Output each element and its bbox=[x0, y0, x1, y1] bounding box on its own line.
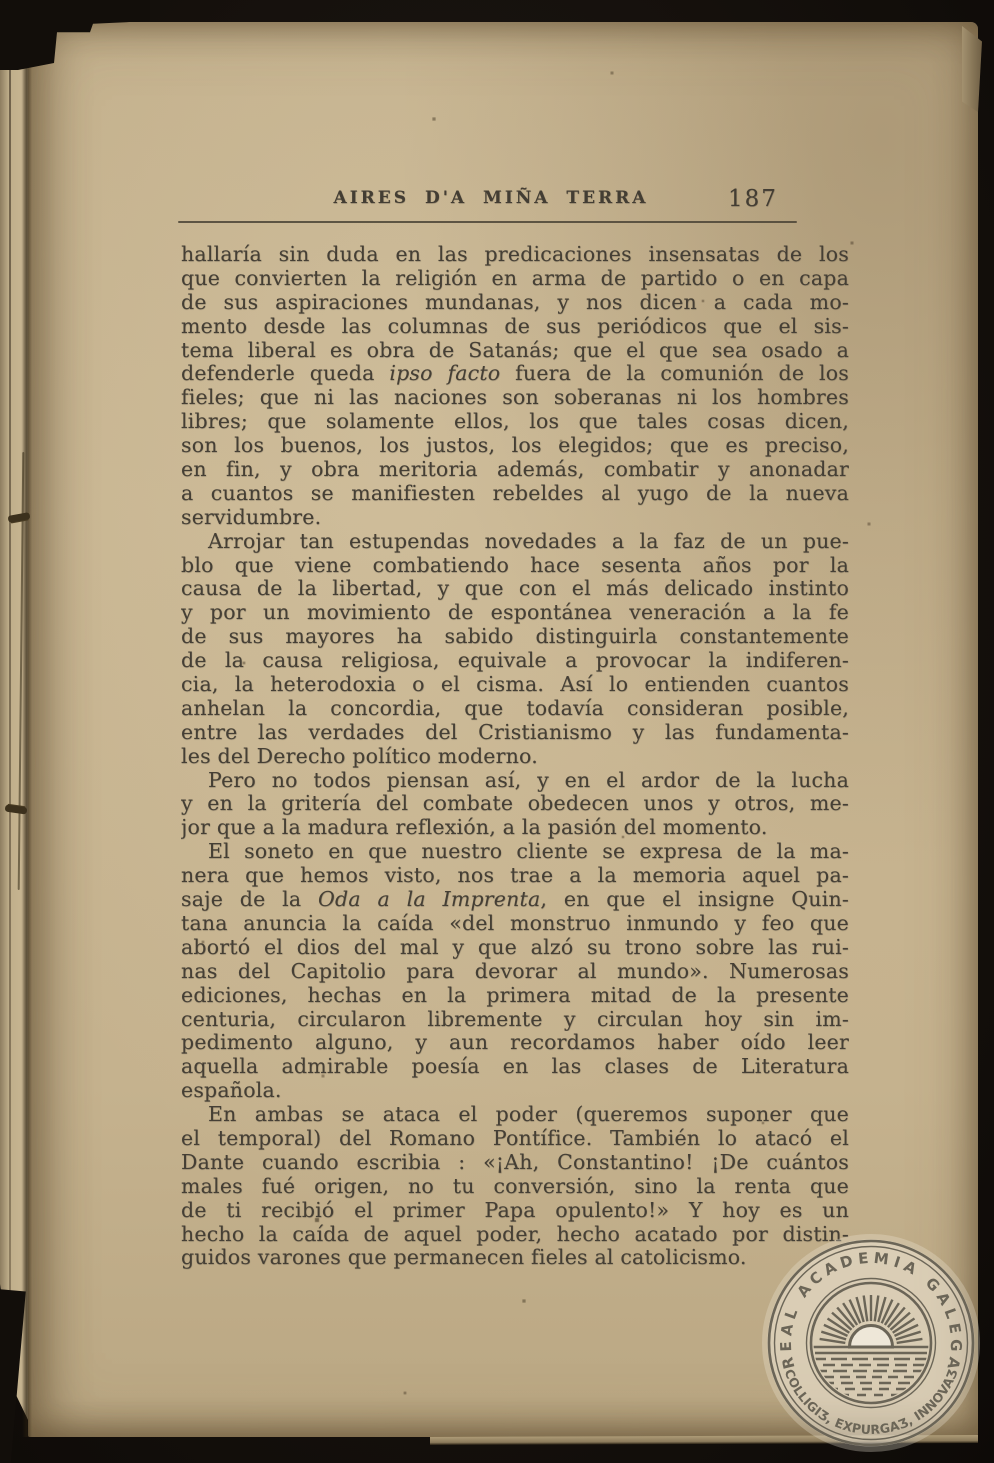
text-line: ediciones, hechas en la primera mitad de… bbox=[181, 984, 849, 1008]
text-line: males fué origen, no tu conversión, sino… bbox=[181, 1175, 849, 1199]
text-line: Arrojar tan estupendas novedades a la fa… bbox=[181, 530, 849, 554]
text-line: En ambas se ataca el poder (queremos sup… bbox=[181, 1103, 849, 1127]
text-line: entre las verdades del Cristianismo y la… bbox=[181, 721, 849, 745]
text-line: Dante cuando escribia : «¡Ah, Constantin… bbox=[181, 1151, 849, 1175]
text-line: abortó el dios del mal y que alzó su tro… bbox=[181, 936, 849, 960]
text-line: en fin, y obra meritoria además, combati… bbox=[181, 458, 849, 482]
text-line: de ti recibió el primer Papa opulento!» … bbox=[181, 1199, 849, 1223]
text-line: que convierten la religión en arma de pa… bbox=[181, 267, 849, 291]
text-line: blo que viene combatiendo hace sesenta a… bbox=[181, 554, 849, 578]
page-number: 187 bbox=[728, 186, 778, 212]
text-line: mento desde las columnas de sus periódic… bbox=[181, 315, 849, 339]
under-sheet-edge-right bbox=[962, 26, 982, 112]
text-line: de la causa religiosa, equivale a provoc… bbox=[181, 649, 849, 673]
header-rule bbox=[178, 221, 797, 223]
text-line: el temporal) del Romano Pontífice. Tambi… bbox=[181, 1127, 849, 1151]
text-line: nera que hemos visto, nos trae a la memo… bbox=[181, 864, 849, 888]
text-line: Pero no todos piensan así, y en el ardor… bbox=[181, 769, 849, 793]
running-header-title: AIRES D'A MIÑA TERRA bbox=[334, 188, 649, 208]
text-line: nas del Capitolio para devorar al mundo»… bbox=[181, 960, 849, 984]
text-line: jor que a la madura reflexión, a la pasi… bbox=[181, 816, 849, 840]
text-line: servidumbre. bbox=[181, 506, 849, 530]
text-line: hecho la caída de aquel poder, hecho aca… bbox=[181, 1223, 849, 1247]
scanned-book-page-photo: AIRES D'A MIÑA TERRA 187 hallaría sin du… bbox=[0, 0, 994, 1463]
text-line: aquella admirable poesía en las clases d… bbox=[181, 1055, 849, 1079]
text-line: hallaría sin duda en las predicaciones i… bbox=[181, 243, 849, 267]
text-line: fieles; que ni las naciones son soberana… bbox=[181, 386, 849, 410]
text-line: tana anuncia la caída «del monstruo inmu… bbox=[181, 912, 849, 936]
text-line: española. bbox=[181, 1079, 849, 1103]
text-line: cia, la heterodoxia o el cisma. Así lo e… bbox=[181, 673, 849, 697]
text-line: de sus aspiraciones mundanas, y nos dice… bbox=[181, 291, 849, 315]
text-line: defenderle queda ipso facto fuera de la … bbox=[181, 362, 849, 386]
text-line: saje de la Oda a la Imprenta, en que el … bbox=[181, 888, 849, 912]
paper-specks bbox=[0, 0, 2, 2]
text-line: de sus mayores ha sabido distinguirla co… bbox=[181, 625, 849, 649]
text-line: pedimento alguno, y aun recordamos haber… bbox=[181, 1031, 849, 1055]
text-line: y en la gritería del combate obedecen un… bbox=[181, 792, 849, 816]
body-text: hallaría sin duda en las predicaciones i… bbox=[181, 243, 849, 1270]
stamp-seal: REAL ACADEMIA GALEGA COLLIGIƷ, EXPURGAƷ,… bbox=[756, 1228, 986, 1458]
text-line: tema liberal es obra de Satanás; que el … bbox=[181, 339, 849, 363]
facing-page-edge-line bbox=[9, 24, 11, 1312]
text-line: libres; que solamente ellos, los que tal… bbox=[181, 410, 849, 434]
text-line: y por un movimiento de espontánea venera… bbox=[181, 601, 849, 625]
text-line: causa de la libertad, y que con el más d… bbox=[181, 577, 849, 601]
book-page: AIRES D'A MIÑA TERRA 187 hallaría sin du… bbox=[28, 22, 978, 1437]
text-line: les del Derecho político moderno. bbox=[181, 745, 849, 769]
text-line: El soneto en que nuestro cliente se expr… bbox=[181, 840, 849, 864]
text-line: guidos varones que permanecen fieles al … bbox=[181, 1246, 849, 1270]
text-line: centuria, circularon libremente y circul… bbox=[181, 1008, 849, 1032]
book-gutter-crease bbox=[22, 22, 32, 1437]
text-line: anhelan la concordia, que todavía consid… bbox=[181, 697, 849, 721]
text-line: a cuantos se manifiesten rebeldes al yug… bbox=[181, 482, 849, 506]
text-line: son los buenos, los justos, los elegidos… bbox=[181, 434, 849, 458]
